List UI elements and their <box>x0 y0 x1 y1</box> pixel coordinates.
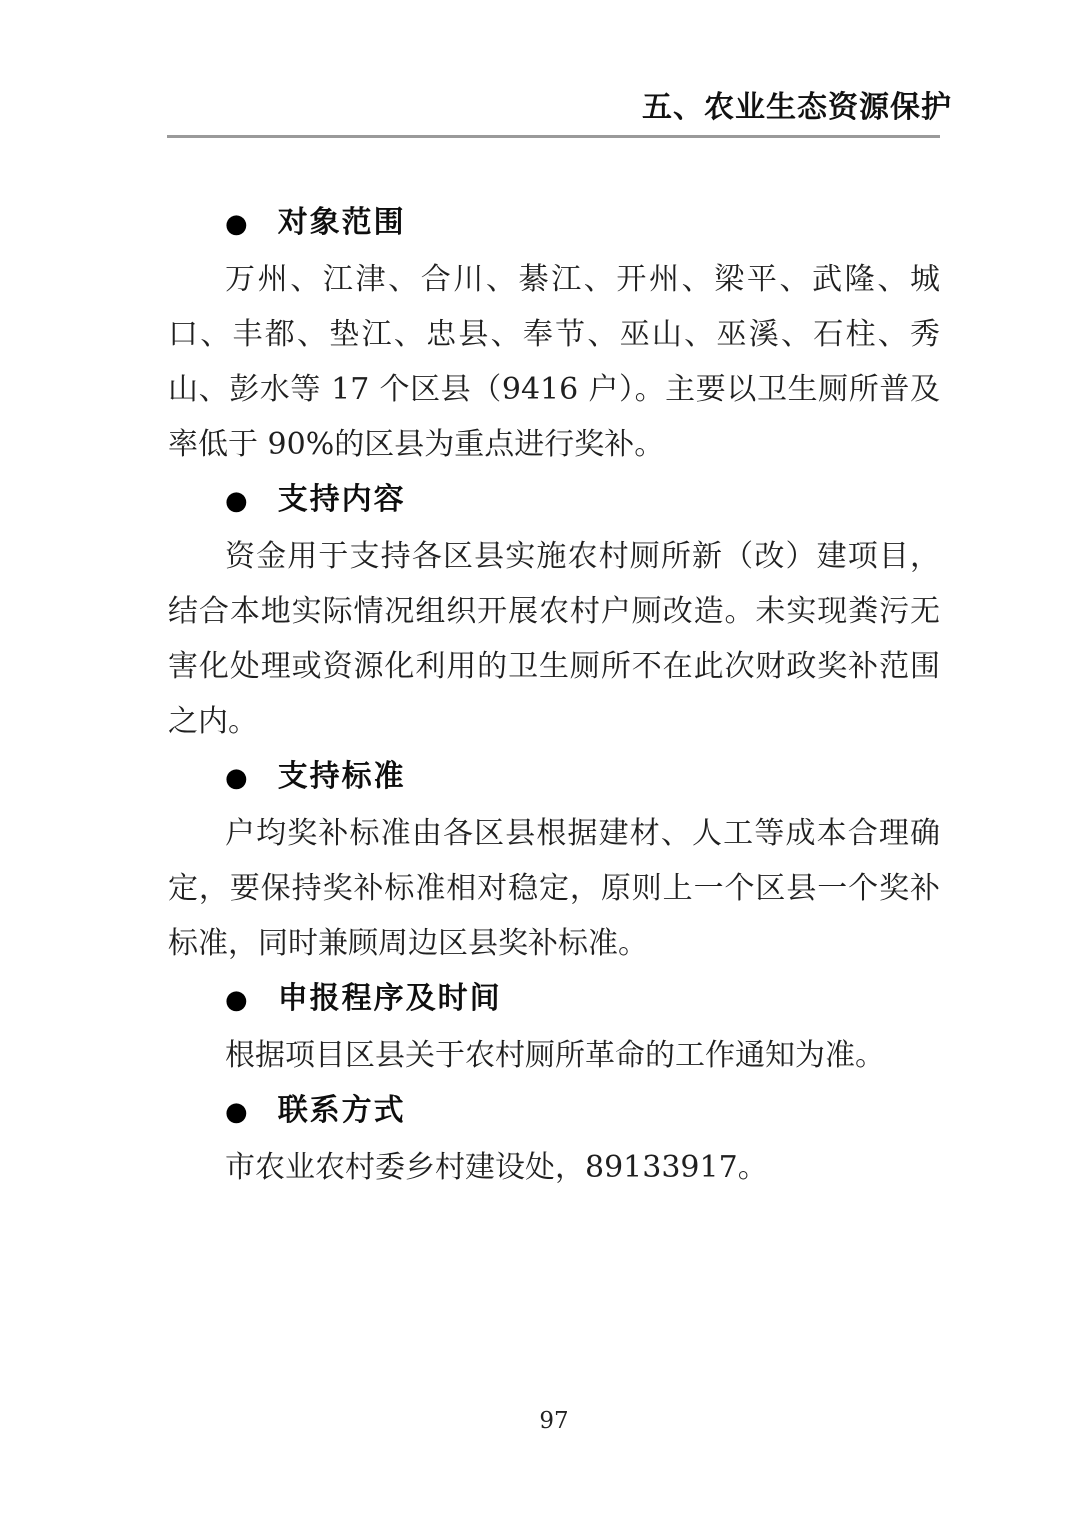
bullet-icon: ● <box>225 973 248 1028</box>
page-header-title: 五、农业生态资源保护 <box>0 0 1074 126</box>
section-heading-row: ●支持内容 <box>168 472 940 529</box>
bullet-icon: ● <box>225 1085 248 1140</box>
section-paragraph: 根据项目区县关于农村厕所革命的工作通知为准。 <box>168 1028 940 1083</box>
document-page: { "header": { "title": "五、农业生态资源保护" }, "… <box>0 0 1074 1520</box>
section-support-content: ●支持内容 资金用于支持各区县实施农村厕所新（改）建项目，结合本地实际情况组织开… <box>168 472 940 749</box>
document-body: ●对象范围 万州、江津、合川、綦江、开州、梁平、武隆、城口、丰都、垫江、忠县、奉… <box>168 195 940 1195</box>
section-support-standard: ●支持标准 户均奖补标准由各区县根据建材、人工等成本合理确定，要保持奖补标准相对… <box>168 749 940 971</box>
section-heading-row: ●对象范围 <box>168 195 940 252</box>
section-application-procedure: ●申报程序及时间 根据项目区县关于农村厕所革命的工作通知为准。 <box>168 971 940 1083</box>
bullet-icon: ● <box>225 474 248 529</box>
section-heading: 对象范围 <box>278 205 406 240</box>
section-heading: 申报程序及时间 <box>278 981 502 1016</box>
section-heading: 支持内容 <box>278 482 406 517</box>
page-number: 97 <box>168 1408 940 1434</box>
section-heading: 支持标准 <box>278 759 406 794</box>
section-contact: ●联系方式 市农业农村委乡村建设处，89133917。 <box>168 1083 940 1195</box>
header-divider <box>167 135 940 138</box>
section-heading-row: ●申报程序及时间 <box>168 971 940 1028</box>
bullet-icon: ● <box>225 751 248 806</box>
section-paragraph: 市农业农村委乡村建设处，89133917。 <box>168 1140 940 1195</box>
section-paragraph: 万州、江津、合川、綦江、开州、梁平、武隆、城口、丰都、垫江、忠县、奉节、巫山、巫… <box>168 252 940 472</box>
section-paragraph: 户均奖补标准由各区县根据建材、人工等成本合理确定，要保持奖补标准相对稳定，原则上… <box>168 806 940 971</box>
section-heading-row: ●联系方式 <box>168 1083 940 1140</box>
section-heading-row: ●支持标准 <box>168 749 940 806</box>
bullet-icon: ● <box>225 197 248 252</box>
section-paragraph: 资金用于支持各区县实施农村厕所新（改）建项目，结合本地实际情况组织开展农村户厕改… <box>168 529 940 749</box>
section-heading: 联系方式 <box>278 1093 406 1128</box>
section-scope: ●对象范围 万州、江津、合川、綦江、开州、梁平、武隆、城口、丰都、垫江、忠县、奉… <box>168 195 940 472</box>
